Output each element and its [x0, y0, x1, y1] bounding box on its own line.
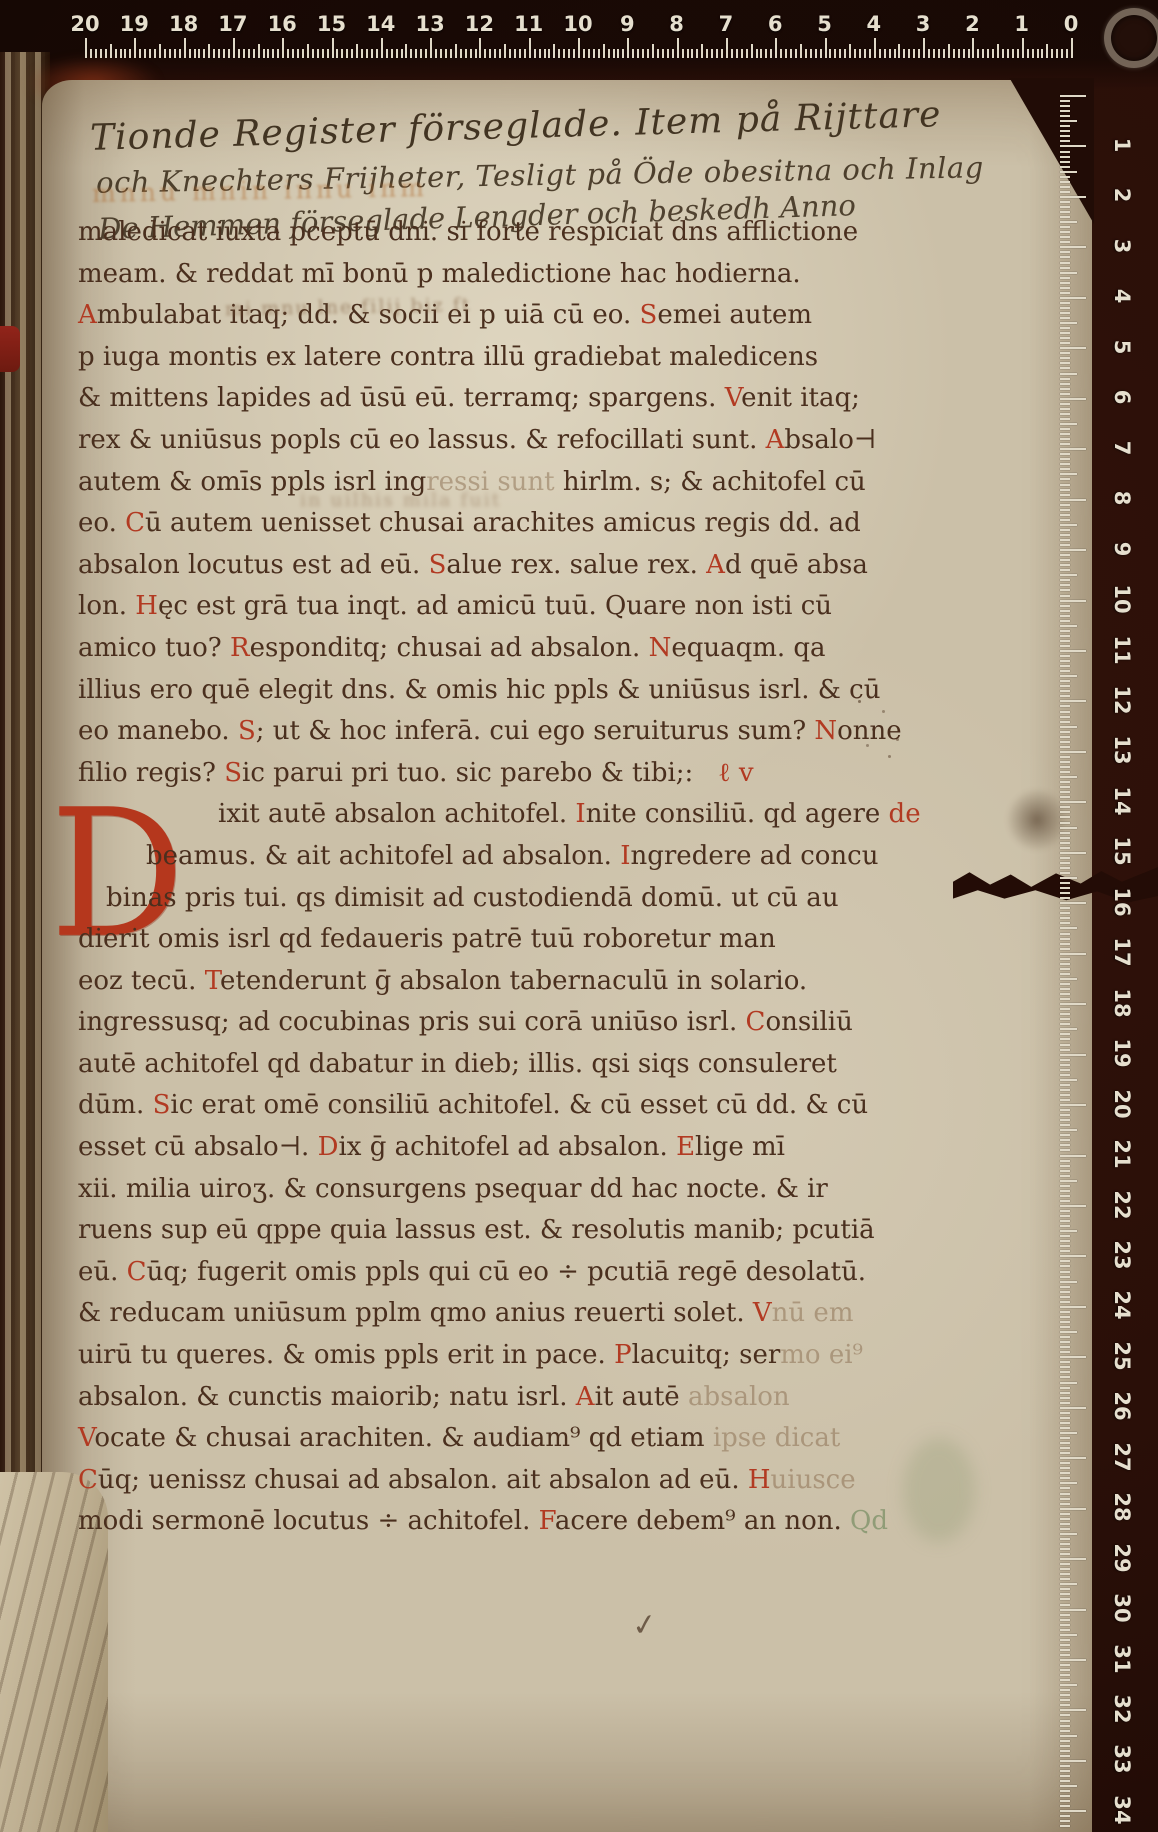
ruler-tick [1060, 1447, 1070, 1449]
ruler-tick [1060, 388, 1070, 390]
ruler-tick [1060, 1427, 1070, 1429]
ruler-tick [662, 49, 664, 58]
ruler-tick [1060, 438, 1070, 440]
ruler-tick [307, 44, 309, 58]
ruler-tick [1060, 877, 1077, 879]
ruler-tick [1060, 1644, 1070, 1646]
ruler-tick [1060, 1745, 1070, 1747]
ruler-tick [953, 49, 955, 58]
ruler-tick [455, 44, 457, 58]
ruler-tick [1060, 640, 1070, 642]
ruler-tick [1060, 347, 1086, 349]
ruler-number: 25 [1110, 1341, 1134, 1370]
manuscript-text-line: beamus. & ait achitofel ad absalon. Ingr… [78, 836, 890, 878]
ruler-tick [558, 49, 560, 58]
ruler-tick [1060, 988, 1070, 990]
ruler-number: 33 [1110, 1745, 1134, 1774]
ruler-tick [1060, 837, 1070, 839]
ruler-tick [1060, 620, 1070, 622]
ruler-tick [1060, 801, 1086, 803]
ruler-tick [1060, 1074, 1070, 1076]
ruler-tick [795, 49, 797, 58]
ruler-tick [1060, 771, 1070, 773]
ruler-tick [657, 49, 659, 58]
ruler-tick [563, 49, 565, 58]
ruler-tick [1066, 49, 1068, 58]
ruler-tick [1060, 726, 1077, 728]
ruler-tick [839, 49, 841, 58]
ruler-tick [1060, 1260, 1070, 1262]
text-segment: ocate & chusai arachiten. & audiam⁹ qd e… [94, 1423, 712, 1453]
ruler-tick [1060, 1568, 1070, 1570]
ruler-tick [1022, 38, 1024, 58]
ruler-tick [292, 49, 294, 58]
ruler-tick [1060, 1038, 1070, 1040]
ruler-tick [1060, 322, 1077, 324]
ruler-tick [95, 49, 97, 58]
ruler-tick [1060, 241, 1070, 243]
ruler-tick [1060, 1790, 1070, 1792]
ruler-tick [1060, 1588, 1070, 1590]
ruler-tick [1060, 246, 1086, 248]
ruler-tick [1060, 236, 1070, 238]
ruler-tick [277, 49, 279, 58]
text-segment: F [539, 1506, 555, 1536]
ruler-number: 0 [1064, 12, 1079, 36]
ruler-tick [1060, 1326, 1070, 1328]
text-segment: autē achitofel qd dabatur in dieb; illis… [78, 1049, 837, 1079]
ruler-tick [450, 49, 452, 58]
ruler-tick [1060, 1422, 1070, 1424]
ruler-tick [465, 49, 467, 58]
ruler-tick [1060, 1770, 1070, 1772]
ruler-tick [139, 49, 141, 58]
ruler-tick [1060, 267, 1070, 269]
ruler-tick [1060, 806, 1070, 808]
ruler-tick [179, 49, 181, 58]
ruler-tick [1060, 1407, 1086, 1409]
ruler-tick [425, 49, 427, 58]
stain [903, 1438, 975, 1542]
ruler-tick [1060, 1286, 1070, 1288]
ruler-tick [588, 49, 590, 58]
text-segment: H [135, 591, 158, 621]
ruler-tick [1060, 130, 1070, 132]
manuscript-text-line: ruens sup eū qppe quia lassus est. & res… [78, 1210, 890, 1252]
ruler-tick [1060, 695, 1070, 697]
ruler-tick [1060, 1013, 1070, 1015]
ruler-tick [484, 49, 486, 58]
ruler-tick [879, 49, 881, 58]
text-segment: meam. & reddat mī bonū p maledictione ha… [78, 259, 801, 289]
ruler-tick [711, 49, 713, 58]
ruler-tick [346, 49, 348, 58]
manuscript-text-line: eo manebo. S; ut & hoc inferā. cui ego s… [78, 711, 890, 753]
text-segment: eū. [78, 1257, 127, 1287]
ruler-tick [1060, 569, 1070, 571]
ruler-tick [1060, 786, 1070, 788]
ruler-tick [154, 49, 156, 58]
text-segment: lon. [78, 591, 135, 621]
ruler-tick [420, 49, 422, 58]
ruler-tick [1060, 105, 1070, 107]
ruler-tick [494, 49, 496, 58]
ruler-tick [1060, 852, 1086, 854]
text-segment: C [746, 1007, 766, 1037]
ruler-tick [1060, 1735, 1077, 1737]
ruler-tick [1060, 327, 1070, 329]
ruler-tick [977, 49, 979, 58]
ruler-tick [800, 44, 802, 58]
ruler-number: 17 [218, 12, 247, 36]
ruler-tick [864, 49, 866, 58]
manuscript-text-line: eo. Cū autem uenisset chusai arachites a… [78, 503, 890, 545]
ruler-tick [1060, 897, 1070, 899]
ruler-tick [1060, 1578, 1070, 1580]
ruler-tick [1041, 49, 1043, 58]
text-segment: ; ut & hoc inferā. cui ego seruiturus su… [256, 716, 815, 746]
ruler-tick [1060, 256, 1070, 258]
ruler-tick [1060, 766, 1070, 768]
ruler-number: 22 [1110, 1190, 1134, 1219]
ruler-tick [366, 49, 368, 58]
text-segment: H [748, 1465, 771, 1495]
ruler-tick [1060, 100, 1070, 102]
manuscript-text-line: dierit omis isrl qd fedaueris patrē tuū … [78, 919, 890, 961]
ruler-tick [1060, 741, 1070, 743]
text-segment: A [576, 1382, 595, 1412]
ruler-tick [1060, 1760, 1086, 1762]
ruler-tick [1060, 171, 1077, 173]
ruler-tick [1060, 1336, 1070, 1338]
ruler-tick [627, 38, 629, 58]
ruler-tick [874, 38, 876, 58]
ruler-tick [1060, 1785, 1077, 1787]
ruler-number: 7 [1110, 440, 1134, 455]
ruler-tick [1060, 1720, 1070, 1722]
ruler-tick [765, 49, 767, 58]
ruler-tick [430, 38, 432, 58]
ruler-tick [1060, 882, 1070, 884]
ruler-tick [622, 49, 624, 58]
ruler-tick [1056, 49, 1058, 58]
ruler-tick [1060, 312, 1070, 314]
manuscript-photo: Tionde Register förseglade. Item på Rijt… [0, 0, 1158, 1832]
ruler-tick [1027, 49, 1029, 58]
ruler-tick [1060, 1765, 1070, 1767]
ruler-tick [1060, 1709, 1086, 1711]
ruler-tick [1060, 1457, 1086, 1459]
ruler-tick [1060, 1462, 1070, 1464]
ruler-tick [1071, 38, 1073, 58]
ruler-tick [1060, 1119, 1070, 1121]
ruler-tick [1060, 811, 1070, 813]
ruler-tick [223, 49, 225, 58]
ruler-tick [1060, 963, 1070, 965]
ruler-tick [1060, 867, 1070, 869]
ruler-tick [1060, 1165, 1070, 1167]
ruler-tick [1060, 842, 1070, 844]
text-segment: Qd [850, 1506, 888, 1536]
manuscript-text-line: lon. Hęc est grā tua inqt. ad amicū tuū.… [78, 586, 890, 628]
ruler-tick [1060, 1513, 1070, 1515]
ruler-tick [1060, 423, 1077, 425]
ruler-tick [1060, 489, 1070, 491]
ruler-tick [1060, 827, 1077, 829]
ruler-tick [1060, 953, 1086, 955]
ruler-tick [1060, 297, 1086, 299]
ruler-tick [1060, 1276, 1070, 1278]
ruler-tick [519, 49, 521, 58]
ruler-tick [1060, 1321, 1070, 1323]
ruler-tick [1060, 1614, 1070, 1616]
ruler-tick [1060, 1654, 1070, 1656]
ruler-tick [356, 44, 358, 58]
ruler-tick [1060, 140, 1070, 142]
ruler-tick [1060, 943, 1070, 945]
ruler-tick [1060, 872, 1070, 874]
ruler-tick [386, 49, 388, 58]
ruler-tick [1060, 1008, 1070, 1010]
ruler-tick [1060, 1528, 1070, 1530]
ruler-tick [1060, 1725, 1070, 1727]
ruler-tick [1060, 998, 1070, 1000]
ruler-number: 27 [1110, 1442, 1134, 1471]
ruler-tick [721, 49, 723, 58]
ruler-tick [361, 49, 363, 58]
text-segment: mbulabat itaq; dd. & socii ei p uiā cū e… [97, 300, 640, 330]
ruler-tick [1060, 1160, 1070, 1162]
ruler-tick [972, 38, 974, 58]
ruler-tick [1060, 1003, 1086, 1005]
text-segment: esponditq; chusai ad absalon. [250, 633, 649, 663]
ruler-tick [573, 49, 575, 58]
ruler-tick [1060, 1245, 1070, 1247]
ruler-tick [1060, 650, 1086, 652]
ruler-tick [1060, 635, 1070, 637]
ruler-tick [1060, 1639, 1070, 1641]
ruler-tick [1060, 1649, 1070, 1651]
grommet-eyelet [1104, 8, 1158, 68]
ruler-number: 11 [1110, 635, 1134, 664]
latin-text-block: maledicat iuxta pceptū dni. si forte res… [78, 212, 890, 1543]
manuscript-text-line: Vocate & chusai arachiten. & audiam⁹ qd … [78, 1418, 890, 1460]
ruler-tick [1060, 983, 1070, 985]
ruler-tick [849, 44, 851, 58]
ruler-tick [1060, 958, 1070, 960]
ruler-tick [1060, 332, 1070, 334]
ruler-tick [90, 49, 92, 58]
text-segment: mo ei⁹ [780, 1340, 863, 1370]
ruler-tick [1060, 574, 1077, 576]
ruler-tick [1060, 1477, 1070, 1479]
ruler-tick [529, 38, 531, 58]
ruler-tick [834, 49, 836, 58]
ruler-tick [1060, 473, 1077, 475]
ruler-tick [1060, 428, 1070, 430]
ruler-tick [701, 44, 703, 58]
ruler-tick [1037, 49, 1039, 58]
ruler-tick [1060, 660, 1070, 662]
manuscript-text-line: binas pris tui. qs dimisit ad custodiend… [78, 878, 890, 920]
ruler-tick [1060, 1155, 1086, 1157]
ruler-tick [1060, 1553, 1070, 1555]
ruler-tick [1060, 1402, 1070, 1404]
ruler-tick [1060, 1109, 1070, 1111]
ruler-tick [593, 49, 595, 58]
ruler-tick [1060, 1195, 1070, 1197]
ruler-tick [894, 49, 896, 58]
manuscript-text-line: autē achitofel qd dabatur in dieb; illis… [78, 1044, 890, 1086]
ruler-tick [829, 49, 831, 58]
ruler-number: 17 [1110, 938, 1134, 967]
ruler-tick [1060, 1503, 1070, 1505]
ruler-tick [1060, 206, 1070, 208]
ruler-tick [1060, 595, 1070, 597]
ruler-tick [903, 49, 905, 58]
manuscript-text-line: eoz tecū. Tetenderunt ḡ absalon tabernac… [78, 961, 890, 1003]
ruler-tick [637, 49, 639, 58]
text-segment: ixit autē absalon achitofel. [218, 799, 575, 829]
ruler-tick [1060, 927, 1077, 929]
ruler-tick [272, 49, 274, 58]
ruler-tick [1060, 1291, 1070, 1293]
ruler-tick [948, 44, 950, 58]
ruler-tick [1060, 1740, 1070, 1742]
ruler-tick [1060, 1382, 1077, 1384]
ruler-tick [1060, 357, 1070, 359]
ruler-tick [553, 44, 555, 58]
ruler-tick [1060, 1265, 1070, 1267]
ruler-tick [1060, 1669, 1070, 1671]
ruler-tick [1060, 1210, 1070, 1212]
text-segment: bsalo⊣ [784, 425, 876, 455]
text-segment: S [153, 1090, 171, 1120]
text-segment: ūq; fugerit omis ppls qui cū eo ÷ pcutiā… [147, 1257, 867, 1287]
ruler-tick [785, 49, 787, 58]
ruler-tick [1060, 579, 1070, 581]
ruler-tick [1060, 1533, 1077, 1535]
ruler-number: 14 [366, 12, 395, 36]
ruler-tick [1060, 1341, 1070, 1343]
text-segment: hirlm. s; & achitofel cū [555, 467, 866, 497]
ruler-tick [1060, 1593, 1070, 1595]
ruler-tick [1060, 917, 1070, 919]
ruler-tick [159, 44, 161, 58]
ruler-number: 11 [514, 12, 543, 36]
ruler-number: 23 [1110, 1240, 1134, 1269]
ruler-tick [198, 49, 200, 58]
ruler-tick [263, 49, 265, 58]
ruler-tick [844, 49, 846, 58]
ruler-tick [617, 49, 619, 58]
manuscript-text-line: absalon. & cunctis maiorib; natu isrl. A… [78, 1377, 890, 1419]
ruler-tick [1060, 993, 1070, 995]
manuscript-text-line: illius ero quē elegit dns. & omis hic pp… [78, 670, 890, 712]
manuscript-text-line: & mittens lapides ad ūsū eū. terramq; sp… [78, 378, 890, 420]
ruler-tick [1060, 1664, 1070, 1666]
ruler-tick [1060, 463, 1070, 465]
ruler-tick [751, 44, 753, 58]
ruler-tick [376, 49, 378, 58]
ruler-tick [1061, 49, 1063, 58]
ruler-tick [1060, 549, 1086, 551]
ruler-tick [1060, 589, 1070, 591]
ruler-tick [652, 44, 654, 58]
ruler-tick [790, 49, 792, 58]
ruler-number: 13 [1110, 736, 1134, 765]
ruler-number: 21 [1110, 1139, 1134, 1168]
ruler-tick [1060, 383, 1070, 385]
ruler-tick [1060, 1694, 1070, 1696]
ruler-tick [1060, 1674, 1070, 1676]
text-segment: eo manebo. [78, 716, 238, 746]
text-segment: acere debem⁹ an non. [555, 1506, 850, 1536]
ruler-tick [1060, 478, 1070, 480]
ruler-number: 18 [1110, 988, 1134, 1017]
text-segment: V [753, 1298, 772, 1328]
ruler-tick [1060, 1609, 1086, 1611]
ruler-tick [548, 49, 550, 58]
ruler-tick [1060, 1114, 1070, 1116]
ruler-tick [1060, 1805, 1070, 1807]
ruler-tick [169, 49, 171, 58]
text-segment: absalon [688, 1382, 790, 1412]
ruler-tick [509, 49, 511, 58]
text-segment: illius ero quē elegit dns. & omis hic pp… [78, 675, 880, 705]
ruler-tick [1060, 700, 1086, 702]
text-segment: onne [837, 716, 902, 746]
ruler-tick [1060, 1392, 1070, 1394]
ruler-number: 9 [1110, 541, 1134, 556]
ruler-tick [825, 38, 827, 58]
ruler-tick [1060, 408, 1070, 410]
ruler-tick [1060, 393, 1070, 395]
ruler-tick [85, 38, 87, 58]
ruler-tick [1060, 751, 1086, 753]
ruler-tick [1060, 1412, 1070, 1414]
ruler-tick [129, 49, 131, 58]
ruler-number: 29 [1110, 1543, 1134, 1572]
ruler-tick [1060, 1149, 1070, 1151]
ruler-tick [869, 49, 871, 58]
ruler-tick [1060, 519, 1070, 521]
ruler-tick [1060, 1361, 1070, 1363]
ruler-tick [1060, 1548, 1070, 1550]
ruler-number: 15 [1110, 837, 1134, 866]
ruler-number: 9 [620, 12, 635, 36]
ruler-tick [1060, 721, 1070, 723]
ruler-tick [228, 49, 230, 58]
ruler-tick [1060, 1624, 1070, 1626]
ruler-tick [1060, 1331, 1077, 1333]
ruler-tick [731, 49, 733, 58]
ruler-number: 28 [1110, 1493, 1134, 1522]
ruler-tick [1060, 665, 1070, 667]
ruler-tick [1060, 1049, 1070, 1051]
ruler-tick [1060, 307, 1070, 309]
ruler-tick [859, 49, 861, 58]
ruler-tick [238, 49, 240, 58]
ruler-tick [1060, 1346, 1070, 1348]
ruler-tick [1060, 272, 1077, 274]
text-segment: emei autem [657, 300, 812, 330]
ruler-tick [1060, 1730, 1070, 1732]
ruler-tick [958, 49, 960, 58]
ruler-tick [613, 49, 615, 58]
ruler-tick [691, 49, 693, 58]
ruler-tick [1060, 251, 1070, 253]
